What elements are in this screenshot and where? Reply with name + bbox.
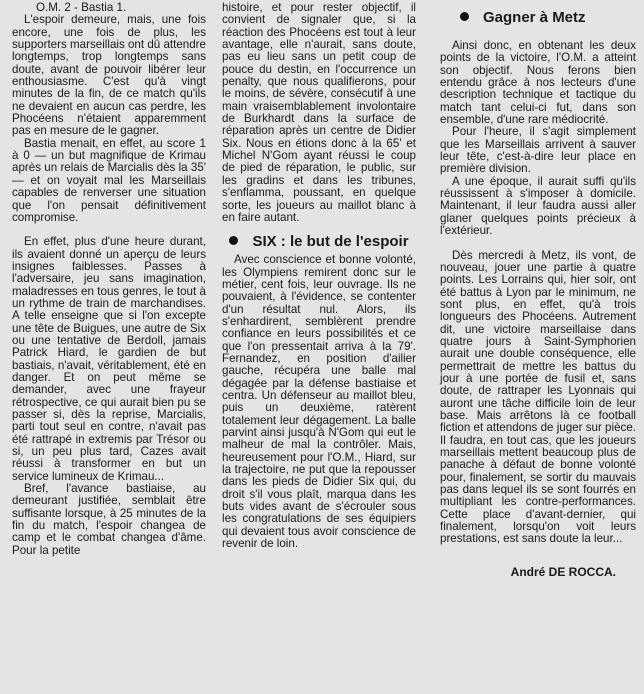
bullet-icon <box>460 12 469 21</box>
paragraph: L'espoir demeure, mais, une fois encore,… <box>12 14 206 137</box>
column-3: Gagner à Metz Ainsi donc, en obtenant le… <box>440 2 636 578</box>
newspaper-page: O.M. 2 - Bastia 1. L'espoir demeure, mai… <box>0 0 644 694</box>
subheading-metz: Gagner à Metz <box>440 10 636 26</box>
paragraph: Pour l'heure, il s'agit simplement que l… <box>440 126 636 175</box>
column-2: histoire, et pour rester objectif, il co… <box>222 2 416 550</box>
bullet-icon <box>229 236 238 245</box>
author-signature: André DE ROCCA. <box>440 566 636 578</box>
subheading-six: SIX : le but de l'espoir <box>222 234 416 250</box>
subheading-text: SIX : le but de l'espoir <box>252 233 408 250</box>
paragraph: Dès mercredi à Metz, ils vont, de nouvea… <box>440 250 636 546</box>
paragraph: Bref, l'avance bastiaise, au demeurant j… <box>12 483 206 557</box>
paragraph: En effet, plus d'une heure durant, ils a… <box>12 236 206 483</box>
paragraph: Avec conscience et bonne volonté, les Ol… <box>222 254 416 550</box>
paragraph: Ainsi donc, en obtenant les deux points … <box>440 40 636 126</box>
paragraph: Bastia menait, en effet, au score 1 à 0 … <box>12 138 206 224</box>
column-1: O.M. 2 - Bastia 1. L'espoir demeure, mai… <box>12 2 206 557</box>
paragraph: histoire, et pour rester objectif, il co… <box>222 2 416 224</box>
paragraph: A une époque, il aurait suffi qu'ils réu… <box>440 176 636 238</box>
subheading-text: Gagner à Metz <box>483 9 586 26</box>
